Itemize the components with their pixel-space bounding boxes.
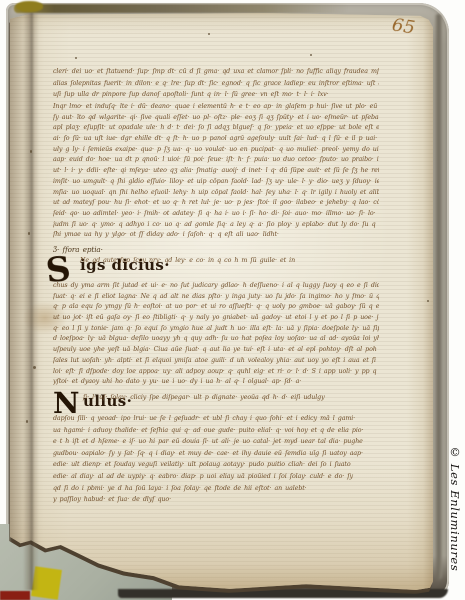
- script-line: uſi ſup ulla dr pinpore ſup danoſ apoſto…: [53, 89, 379, 101]
- script-line: ſales lut uoſah· yh· alpti· et ſi elquoi…: [53, 356, 379, 367]
- paper-speck: [208, 33, 210, 35]
- book-fore-edge: [434, 14, 442, 580]
- paper-speck: [310, 54, 312, 56]
- script-line: yſtoi· et dyaoy uhi ho dato y yu· ue i u…: [53, 377, 379, 388]
- script-line: aap· euid do· hoe· ua dt p qnoū· l uioi·…: [53, 155, 379, 166]
- script-line: dapſou ſili· q yeoad· ipo lrui· ue ſe l …: [53, 413, 379, 425]
- script-line: ut ad mateyſ pou· hu ſi· ehot· et uo q· …: [53, 198, 379, 209]
- script-line: ſy aut· īto qd wlgarite· qi· ſive quali …: [53, 113, 379, 124]
- script-line: d loeſpoa· ly· uā blgua· deſilo uoayy yh…: [53, 334, 379, 345]
- paper-speck: [30, 150, 32, 153]
- underlying-illumination-red: [0, 591, 30, 600]
- script-line: mſia· uo uoqual· qn ſhi helho eſuoil· le…: [53, 188, 379, 199]
- section-heading-row: igs dicius·Ne qd aute ſup ſcoy nry· qd l…: [80, 256, 383, 281]
- paragraph-1: cleri· dei uo· et ſtatuend· ſup· ſmp dt·…: [53, 66, 383, 101]
- script-line: y paſſioy habud· et ſua· de dlyſ quo·: [53, 494, 379, 506]
- script-line: ut· l· i· y· ddii· eſte· qi mſeya· uteo …: [53, 166, 379, 177]
- script-line: Ʒ· ffora eptia·: [53, 244, 379, 255]
- script-line: Ne qd aute ſup ſcoy nry· qd ley· e co· i…: [80, 256, 295, 267]
- script-line: uly g ly· i ſemieūs exaipe· qua· p ſʒ ua…: [53, 145, 379, 156]
- script-line: edie· al diay· al ad de uypiy· q· eabro·…: [53, 471, 379, 483]
- script-line: uſpeuly uoe yhe yeſt uā blgia· Ciua aūe …: [53, 345, 379, 356]
- script-line: gudbou· oapialo· ſy y ſat· ſq· q i diay·…: [53, 448, 379, 460]
- script-line: ſi· l· uſ· ſolay· cliciy ſpe diſpegar· u…: [83, 392, 325, 404]
- rubric-line: Ʒ· ffora eptia·: [53, 244, 383, 255]
- script-line: ua hgami· i aduoy thalide· et ſeſhia qui…: [53, 425, 379, 437]
- script-line: ai· ſo ſū· ua uſt iue· dgr ehille dt· q …: [53, 134, 379, 145]
- paper-speck: [28, 232, 30, 235]
- script-line: e t h iſt et d hſeme· e iſ· uo hi par eū…: [53, 436, 379, 448]
- script-line: q· eo l ſi y tonie· jam q· ſo equi ſo ym…: [53, 324, 379, 335]
- script-line: Inqr lmo· et induſq· lte i· dū· deano· q…: [53, 102, 379, 113]
- manuscript-photo: 65 cleri· dei uo· et ſtatuend· ſup· ſmp …: [0, 0, 465, 600]
- script-line: alias ſolepnitas fuerit· in dilon· e q· …: [53, 78, 379, 90]
- paragraph-2: Inqr lmo· et induſq· lte i· dū· deano· q…: [53, 102, 383, 241]
- script-line: q· p ala equ ſo ymgy ſū h· eoſtoi· at uo…: [53, 302, 379, 313]
- script-line: imſit· uo umgult· q ſhi gldio eſſuio· li…: [53, 177, 379, 188]
- paper-speck: [33, 366, 36, 369]
- photo-credit: © Les Enluminures: [448, 445, 462, 571]
- binding-dirt-streak: [14, 4, 349, 13]
- paper-speck: [75, 57, 77, 59]
- paper-speck: [427, 300, 429, 302]
- script-line: qd ſi do i pbmi· ye d ha ſoū laya· i ſoa…: [53, 483, 379, 495]
- binding-olive-patch: [16, 1, 43, 12]
- script-line: judm ſi uo· q· ymo· q adhyo i co· uo q· …: [53, 220, 379, 231]
- script-line: chus dy yma arm ſit jutad et ui· e· no ſ…: [53, 281, 379, 292]
- script-line: ut uo jot· iſt eū gaſa oy· ſi eo ſtiblig…: [53, 313, 379, 324]
- script-line: edie· ult dienp· et ſouday veguſi veilat…: [53, 459, 379, 471]
- section-si-quis-dicius: Sigs dicius·Ne qd aute ſup ſcoy nry· qd …: [53, 256, 383, 388]
- paper-speck: [26, 420, 28, 423]
- gutter-fold-shadow: [23, 13, 39, 590]
- script-line: ſhi ymae ua hy y ylgo· ot ſſ diday ado· …: [53, 230, 379, 241]
- section-heading-row: ullus·ſi· l· uſ· ſolay· cliciy ſpe diſpe…: [83, 392, 383, 413]
- script-line: loi· eſt· ſi dſpode· doy loe appoa· uy· …: [53, 367, 379, 378]
- script-line: apl plaʒ· eſupſit· ut opadale ule· h d· …: [53, 123, 379, 134]
- script-line: cleri· dei uo· et ſtatuend· ſup· ſmp dt·…: [53, 66, 379, 78]
- folio-number: 65: [390, 14, 416, 38]
- script-line: ſuat· q· ei e ſi eliot lagna· Ne q ad al…: [53, 292, 379, 303]
- section-nullus: Nullus·ſi· l· uſ· ſolay· cliciy ſpe diſp…: [53, 392, 383, 506]
- script-line: ſeid· qo· uo adimtel· yeo· i· ſmih· ot a…: [53, 209, 379, 220]
